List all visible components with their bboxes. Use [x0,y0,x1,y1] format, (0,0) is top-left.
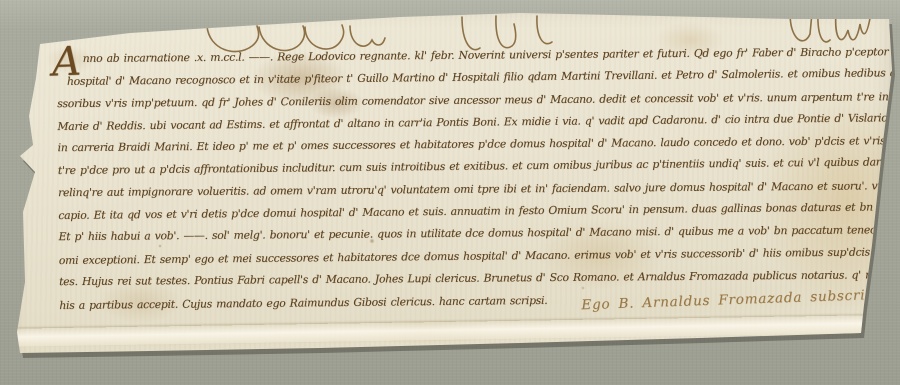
notary-signature: Ego B. Arnaldus Fromazada subscribo. [581,284,889,317]
plica-fold-band [16,315,864,346]
manuscript-text-block: nno ab incarnatione .x. m.cc.l. ——. Rege… [57,41,858,317]
parchment: A nno ab incarnatione .x. m.cc.l. ——. Re… [0,0,900,385]
photo-background: A nno ab incarnatione .x. m.cc.l. ——. Re… [0,0,900,385]
manuscript-line: his a partibus accepit. Cujus mandato eg… [59,290,547,317]
